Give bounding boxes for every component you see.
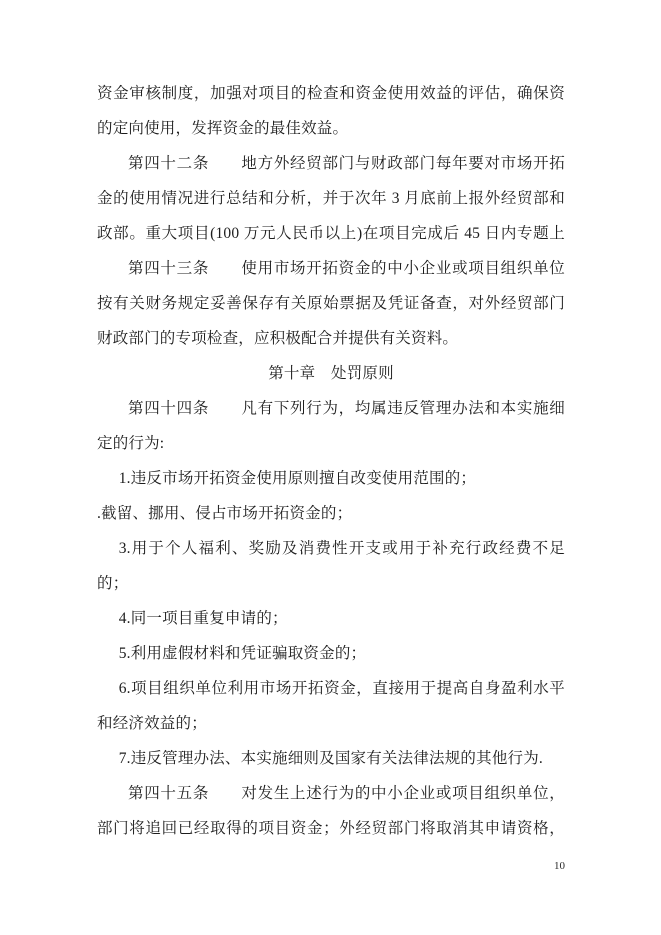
list-item: 6.项目组织单位利用市场开拓资金，直接用于提高自身盈利水平 (97, 671, 565, 706)
article-42-opening-line: 第四十二条 地方外经贸部门与财政部门每年要对市场开拓资 (97, 146, 565, 181)
text-line: 财政部门的专项检查，应积极配合并提供有关资料。 (97, 321, 565, 356)
list-item: 1.违反市场开拓资金使用原则擅自改变使用范围的； (97, 461, 565, 496)
list-item: 3.用于个人福利、奖励及消费性开支或用于补充行政经费不足 (97, 531, 565, 566)
list-item: .截留、挪用、侵占市场开拓资金的； (97, 496, 565, 531)
document-body: 资金审核制度，加强对项目的检查和资金使用效益的评估，确保资金的定向使用，发挥资金… (97, 76, 565, 846)
text-line: 的； (97, 566, 565, 601)
article-44-opening-line: 第四十四条 凡有下列行为，均属违反管理办法和本实施细则规 (97, 391, 565, 426)
article-43-opening-line: 第四十三条 使用市场开拓资金的中小企业或项目组织单位应 (97, 251, 565, 286)
page-number: 10 (97, 859, 565, 874)
text-line: 定的行为: (97, 426, 565, 461)
article-45-opening-line: 第四十五条 对发生上述行为的中小企业或项目组织单位，财政 (97, 776, 565, 811)
list-item: 4.同一项目重复申请的； (97, 601, 565, 636)
text-line: 的定向使用，发挥资金的最佳效益。 (97, 111, 565, 146)
text-line: 政部。重大项目(100 万元人民币以上)在项目完成后 45 日内专题上报。 (97, 216, 565, 251)
document-page: 资金审核制度，加强对项目的检查和资金使用效益的评估，确保资金的定向使用，发挥资金… (0, 0, 661, 935)
text-line: 资金审核制度，加强对项目的检查和资金使用效益的评估，确保资金 (97, 76, 565, 111)
chapter-heading: 第十章 处罚原则 (97, 356, 565, 391)
list-item: 7.违反管理办法、本实施细则及国家有关法律法规的其他行为. (97, 741, 565, 776)
list-item: 5.利用虚假材料和凭证骗取资金的； (97, 636, 565, 671)
text-line: 金的使用情况进行总结和分析，并于次年 3 月底前上报外经贸部和财 (97, 181, 565, 216)
text-line: 部门将追回已经取得的项目资金；外经贸部门将取消其申请资格，并 (97, 811, 565, 846)
text-line: 和经济效益的； (97, 706, 565, 741)
text-line: 按有关财务规定妥善保存有关原始票据及凭证备查，对外经贸部门和 (97, 286, 565, 321)
